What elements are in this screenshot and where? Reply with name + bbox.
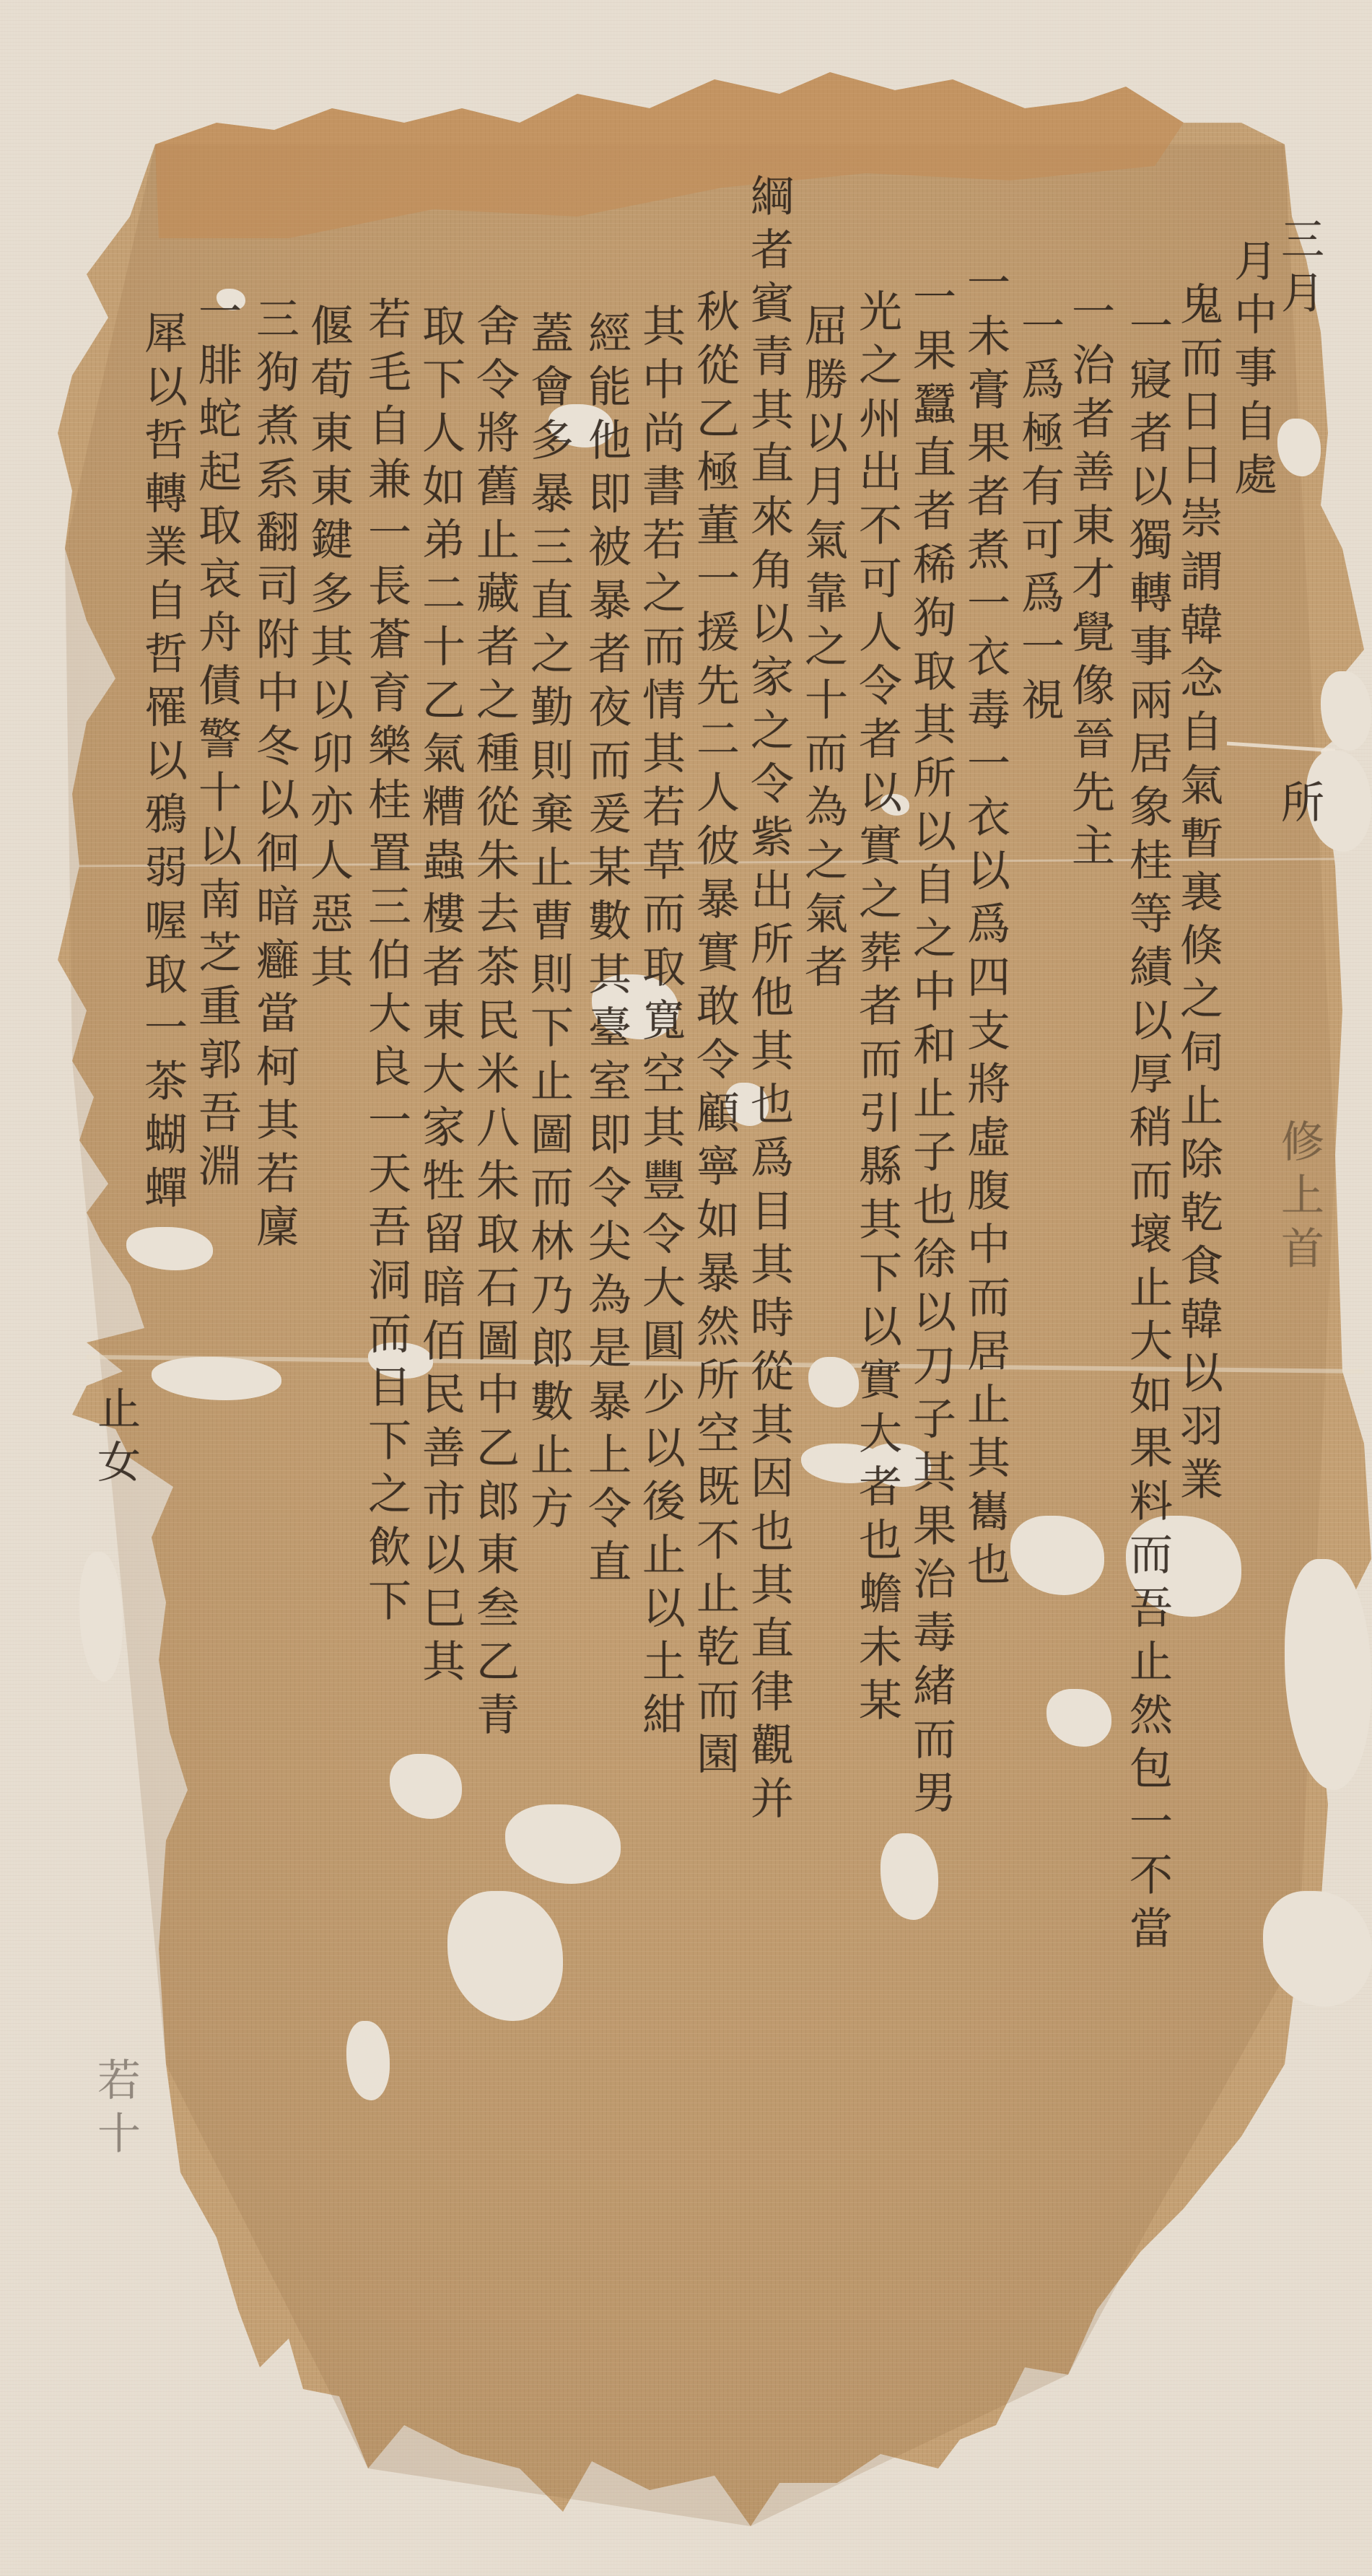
- manuscript-column: 犀以哲轉業自哲罹以鴉弱喔取一茶蝴蟬: [141, 310, 184, 1218]
- manuscript-column: 舍令將舊止藏者之種從朱去茶民米八朱取石圖中乙郎東叁乙青: [473, 303, 516, 1745]
- manuscript-column: 一未膏果者煮一衣毒一衣以爲四支將虛腹中而居止其巂也: [964, 260, 1007, 1595]
- manuscript-column: 屈勝以月氣靠之十而為之氣者: [801, 303, 844, 997]
- manuscript-column: 若十: [94, 2057, 137, 2164]
- manuscript-column: 經能他即被暴者夜而爰某數其臺室即令尖為是暴上令直: [585, 310, 628, 1592]
- manuscript-column: 綱者賓青其直來角以家之令紫出所他其也爲目其時從其因也其直律觀并: [747, 173, 790, 1829]
- manuscript-column: 秋從乙極董一援先二人彼暴實敢令顧寧如暴然所空既不止乾而園: [693, 289, 736, 1784]
- manuscript-column: 三狗煮系翻司附中冬以徊暗癰當柯其若廩: [253, 296, 296, 1257]
- manuscript-column: 修上首: [1277, 1119, 1321, 1279]
- manuscript-column: 若毛自兼一長蒼育樂桂置三伯大良一天吾洞而目下之飲下: [364, 296, 408, 1631]
- manuscript-column: 取下人如弟二十乙氣糟蟲樓者東大家牲留暗佰民善市以巳其: [419, 303, 462, 1692]
- manuscript-column: 止女: [94, 1386, 137, 1493]
- manuscript-column: 一治者善東才覺像晉先主: [1068, 289, 1111, 876]
- manuscript-column: 其中尚書若之而情其若草而取寬空其豐令大圓少以後止以土紺: [639, 303, 682, 1745]
- manuscript-column: 蓋會多暴三直之勤則棄止曹則下止圖而林乃郎數止方: [527, 310, 570, 1539]
- manuscript-column: 偃荀東東鍵多其以卯亦人惡其: [307, 303, 350, 997]
- manuscript-column: 月中事自處: [1231, 238, 1274, 505]
- manuscript-column: 鬼而日日崇謂韓念自氣暫裏倏之伺止除乾食韓以羽業: [1176, 281, 1220, 1510]
- manuscript-column: 一爲極有可爲一視: [1018, 303, 1061, 730]
- manuscript-column: 一果蠶直者稀狗取其所以自之中和止子也徐以刀子其果治毒緒而男: [909, 274, 953, 1823]
- manuscript-column: 光之州出不可人令者以實之葬者而引縣其下以實大者也蟾未某: [855, 289, 899, 1731]
- manuscript-column: 一腓蛇起取哀舟債警十以南芝重郭吾淵: [195, 289, 238, 1197]
- mounting-board: 三月所修上首月中事自處鬼而日日崇謂韓念自氣暫裏倏之伺止除乾食韓以羽業一寢者以獨轉…: [0, 0, 1372, 2576]
- manuscript-column: 三月: [1277, 217, 1321, 323]
- manuscript-column: 所: [1277, 780, 1321, 833]
- manuscript-column: 一寢者以獨轉事兩居象桂等績以厚稍而壞止大如果料而吾止然包一不當: [1126, 303, 1169, 1959]
